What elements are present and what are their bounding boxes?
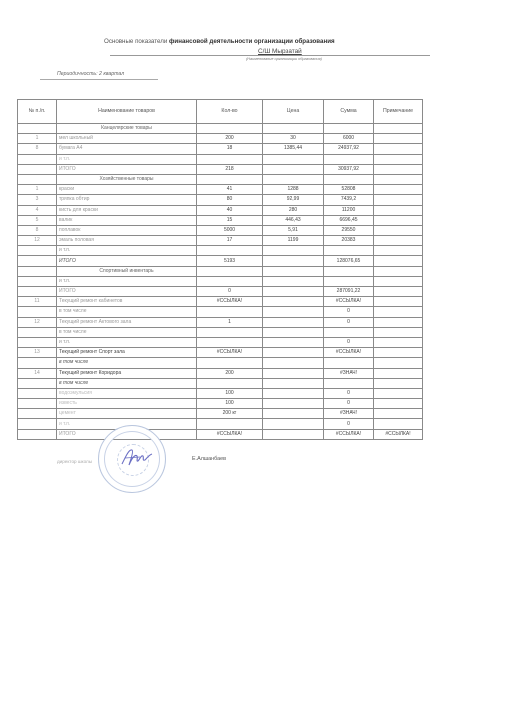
- period-underline: [40, 79, 158, 80]
- cell-note: [374, 317, 423, 327]
- cell-price: [263, 337, 324, 347]
- cell-qty: [197, 358, 263, 368]
- cell-note: [374, 195, 423, 205]
- cell-sum: [324, 358, 374, 368]
- cell-qty: 80: [197, 195, 263, 205]
- cell-num: [18, 246, 57, 256]
- cell-qty: [197, 307, 263, 317]
- cell-name: Текущий ремонт Коридора: [57, 368, 197, 378]
- cell-num: [18, 358, 57, 368]
- table-row: цемент200 кг#ЗНАЧ!: [18, 409, 423, 419]
- cell-sum: [324, 174, 374, 184]
- cell-price: [263, 317, 324, 327]
- table-row: ИТОГО5193128076,65: [18, 256, 423, 266]
- table-row: и т.п.: [18, 154, 423, 164]
- cell-price: 446,43: [263, 215, 324, 225]
- cell-qty: 18: [197, 144, 263, 154]
- cell-num: [18, 378, 57, 388]
- cell-sum: #ЗНАЧ!: [324, 368, 374, 378]
- cell-price: [263, 174, 324, 184]
- table-row: 4кисть для краски4028011200: [18, 205, 423, 215]
- table-header-row: № п./п. Наименование товаров Кол-во Цена…: [18, 100, 423, 124]
- cell-qty: [197, 378, 263, 388]
- cell-num: [18, 276, 57, 286]
- title-bold-text: финансовой деятельности организации обра…: [169, 38, 335, 45]
- cell-sum: #ССЫЛКА!: [324, 348, 374, 358]
- cell-price: 1199: [263, 236, 324, 246]
- cell-sum: 0: [324, 337, 374, 347]
- cell-note: [374, 144, 423, 154]
- section-row: Спортивный инвентарь: [18, 266, 423, 276]
- cell-num: [18, 266, 57, 276]
- cell-name: тряпка обтир: [57, 195, 197, 205]
- cell-name: эмаль половая: [57, 236, 197, 246]
- cell-name: и т.п.: [57, 154, 197, 164]
- table-row: 3тряпка обтир8092,997439,2: [18, 195, 423, 205]
- cell-price: [263, 307, 324, 317]
- table-row: в том числе: [18, 358, 423, 368]
- cell-price: [263, 429, 324, 439]
- cell-name: и т.п.: [57, 337, 197, 347]
- cell-qty: #ССЫЛКА!: [197, 348, 263, 358]
- cell-qty: 40: [197, 205, 263, 215]
- cell-num: 3: [18, 195, 57, 205]
- signer-name: Е.Алшанбаев: [192, 456, 226, 462]
- cell-price: [263, 256, 324, 266]
- cell-note: [374, 287, 423, 297]
- cell-num: [18, 154, 57, 164]
- cell-sum: [324, 266, 374, 276]
- cell-sum: 0: [324, 419, 374, 429]
- cell-name: в том числе: [57, 378, 197, 388]
- cell-name: валик: [57, 215, 197, 225]
- cell-price: [263, 327, 324, 337]
- cell-num: [18, 399, 57, 409]
- col-header-note: Примечание: [374, 100, 423, 124]
- cell-qty: [197, 124, 263, 134]
- cell-num: 12: [18, 317, 57, 327]
- cell-sum: 287091,22: [324, 287, 374, 297]
- title-text: Основные показатели: [104, 38, 169, 45]
- cell-qty: 41: [197, 185, 263, 195]
- cell-price: [263, 378, 324, 388]
- cell-sum: #ССЫЛКА!: [324, 297, 374, 307]
- table-row: 8бумага А4181385,4424937,92: [18, 144, 423, 154]
- cell-name: ИТОГО: [57, 164, 197, 174]
- cell-sum: [324, 246, 374, 256]
- cell-note: [374, 134, 423, 144]
- cell-qty: 5000: [197, 225, 263, 235]
- cell-note: [374, 225, 423, 235]
- cell-name: Текущий ремонт Спорт зала: [57, 348, 197, 358]
- cell-num: [18, 337, 57, 347]
- cell-qty: 17: [197, 236, 263, 246]
- cell-sum: 7439,2: [324, 195, 374, 205]
- cell-num: [18, 287, 57, 297]
- cell-qty: 5193: [197, 256, 263, 266]
- cell-price: [263, 154, 324, 164]
- table-row: ИТОГО0287091,22: [18, 287, 423, 297]
- cell-num: [18, 409, 57, 419]
- financial-table: № п./п. Наименование товаров Кол-во Цена…: [17, 99, 423, 440]
- cell-price: 280: [263, 205, 324, 215]
- cell-price: 30: [263, 134, 324, 144]
- cell-qty: 200: [197, 134, 263, 144]
- cell-qty: [197, 337, 263, 347]
- period-label: Периодичность: 2 квартал: [57, 71, 124, 77]
- cell-qty: #ССЫЛКА!: [197, 429, 263, 439]
- cell-num: 11: [18, 297, 57, 307]
- cell-name: краски: [57, 185, 197, 195]
- cell-name: поплавок: [57, 225, 197, 235]
- cell-sum: 6696,45: [324, 215, 374, 225]
- cell-sum: 0: [324, 307, 374, 317]
- director-label: директор школы: [57, 459, 92, 464]
- col-header-sum: Сумма: [324, 100, 374, 124]
- cell-qty: 1: [197, 317, 263, 327]
- cell-price: 5,91: [263, 225, 324, 235]
- table-row: 8поплавок50005,9129550: [18, 225, 423, 235]
- cell-qty: [197, 419, 263, 429]
- cell-note: [374, 205, 423, 215]
- cell-sum: 0: [324, 317, 374, 327]
- col-header-qty: Кол-во: [197, 100, 263, 124]
- cell-price: [263, 276, 324, 286]
- cell-name: Хозяйственные товары: [57, 174, 197, 184]
- cell-price: [263, 287, 324, 297]
- cell-name: водоэмульсия: [57, 388, 197, 398]
- cell-note: [374, 307, 423, 317]
- cell-price: [263, 124, 324, 134]
- cell-sum: 24937,92: [324, 144, 374, 154]
- table-row: 14Текущий ремонт Коридора200#ЗНАЧ!: [18, 368, 423, 378]
- table-row: в том числе0: [18, 307, 423, 317]
- table-row: 1мел школьный200306000: [18, 134, 423, 144]
- cell-num: 5: [18, 215, 57, 225]
- cell-note: [374, 185, 423, 195]
- cell-name: бумага А4: [57, 144, 197, 154]
- col-header-num: № п./п.: [18, 100, 57, 124]
- cell-name: Спортивный инвентарь: [57, 266, 197, 276]
- cell-num: 1: [18, 185, 57, 195]
- table-row: 12Текущий ремонт Актового зала10: [18, 317, 423, 327]
- cell-note: [374, 337, 423, 347]
- cell-note: [374, 348, 423, 358]
- cell-price: [263, 348, 324, 358]
- cell-sum: 20383: [324, 236, 374, 246]
- table-row: 11Текущий ремонт кабинетов#ССЫЛКА!#ССЫЛК…: [18, 297, 423, 307]
- cell-qty: 0: [197, 287, 263, 297]
- cell-note: [374, 174, 423, 184]
- table-row: 12эмаль половая17119920383: [18, 236, 423, 246]
- cell-qty: [197, 327, 263, 337]
- cell-num: 1: [18, 134, 57, 144]
- cell-num: [18, 429, 57, 439]
- cell-num: [18, 174, 57, 184]
- cell-sum: 0: [324, 399, 374, 409]
- cell-name: цемент: [57, 409, 197, 419]
- cell-name: известь: [57, 399, 197, 409]
- cell-note: [374, 327, 423, 337]
- cell-sum: 11200: [324, 205, 374, 215]
- table-row: и т.п.0: [18, 419, 423, 429]
- cell-qty: 100: [197, 399, 263, 409]
- table-row: известь1000: [18, 399, 423, 409]
- cell-qty: [197, 276, 263, 286]
- cell-num: [18, 256, 57, 266]
- cell-qty: #ССЫЛКА!: [197, 297, 263, 307]
- table-row: ИТОГО#ССЫЛКА!#ССЫЛКА!#ССЫЛКА!: [18, 429, 423, 439]
- cell-qty: 15: [197, 215, 263, 225]
- cell-name: кисть для краски: [57, 205, 197, 215]
- cell-qty: 200: [197, 368, 263, 378]
- cell-note: [374, 236, 423, 246]
- cell-qty: [197, 266, 263, 276]
- cell-num: [18, 419, 57, 429]
- cell-qty: 100: [197, 388, 263, 398]
- cell-num: [18, 327, 57, 337]
- cell-name: Канцелярские товары: [57, 124, 197, 134]
- cell-sum: 128076,65: [324, 256, 374, 266]
- cell-sum: [324, 276, 374, 286]
- cell-price: 1288: [263, 185, 324, 195]
- cell-price: [263, 419, 324, 429]
- cell-note: [374, 419, 423, 429]
- cell-note: [374, 368, 423, 378]
- cell-price: [263, 399, 324, 409]
- cell-name: мел школьный: [57, 134, 197, 144]
- cell-note: [374, 378, 423, 388]
- table-row: 5валик15446,436696,45: [18, 215, 423, 225]
- cell-sum: [324, 154, 374, 164]
- cell-sum: [324, 378, 374, 388]
- cell-note: #ССЫЛКА!: [374, 429, 423, 439]
- cell-note: [374, 358, 423, 368]
- cell-note: [374, 266, 423, 276]
- cell-note: [374, 164, 423, 174]
- cell-note: [374, 409, 423, 419]
- cell-note: [374, 256, 423, 266]
- table-row: 13Текущий ремонт Спорт зала#ССЫЛКА!#ССЫЛ…: [18, 348, 423, 358]
- cell-num: [18, 307, 57, 317]
- organization-caption: (Наименование организации образования): [246, 57, 322, 61]
- cell-sum: [324, 124, 374, 134]
- cell-note: [374, 215, 423, 225]
- cell-name: ИТОГО: [57, 256, 197, 266]
- cell-name: в том числе: [57, 327, 197, 337]
- section-row: Канцелярские товары: [18, 124, 423, 134]
- table-row: ИТОГО21830937,92: [18, 164, 423, 174]
- cell-sum: 30937,92: [324, 164, 374, 174]
- cell-price: [263, 358, 324, 368]
- cell-name: и т.п.: [57, 246, 197, 256]
- cell-qty: [197, 154, 263, 164]
- cell-num: 8: [18, 144, 57, 154]
- cell-num: 14: [18, 368, 57, 378]
- cell-sum: #ЗНАЧ!: [324, 409, 374, 419]
- table-body: Канцелярские товары1мел школьный20030600…: [18, 124, 423, 440]
- cell-note: [374, 124, 423, 134]
- cell-note: [374, 246, 423, 256]
- cell-name: Текущий ремонт кабинетов: [57, 297, 197, 307]
- cell-num: 8: [18, 225, 57, 235]
- cell-price: 1385,44: [263, 144, 324, 154]
- signature-icon: [120, 446, 154, 468]
- cell-price: [263, 368, 324, 378]
- cell-sum: 0: [324, 388, 374, 398]
- cell-qty: [197, 174, 263, 184]
- table-row: в том числе: [18, 378, 423, 388]
- cell-note: [374, 388, 423, 398]
- cell-note: [374, 276, 423, 286]
- cell-name: Текущий ремонт Актового зала: [57, 317, 197, 327]
- table-row: и т.п.: [18, 276, 423, 286]
- cell-price: [263, 246, 324, 256]
- document-title: Основные показатели финансовой деятельно…: [104, 38, 335, 45]
- cell-num: 4: [18, 205, 57, 215]
- table-row: и т.п.: [18, 246, 423, 256]
- organization-name: С/Ш Мырзатай: [258, 48, 302, 55]
- cell-name: в том числе: [57, 307, 197, 317]
- cell-name: и т.п.: [57, 276, 197, 286]
- cell-name: ИТОГО: [57, 287, 197, 297]
- table-row: 1краски41128852808: [18, 185, 423, 195]
- cell-num: 12: [18, 236, 57, 246]
- cell-sum: 29550: [324, 225, 374, 235]
- cell-num: [18, 124, 57, 134]
- cell-sum: 52808: [324, 185, 374, 195]
- cell-price: [263, 164, 324, 174]
- cell-price: 92,99: [263, 195, 324, 205]
- cell-price: [263, 297, 324, 307]
- cell-note: [374, 297, 423, 307]
- table-row: в том числе: [18, 327, 423, 337]
- cell-note: [374, 154, 423, 164]
- organization-underline: [110, 55, 430, 56]
- table-row: и т.п.0: [18, 337, 423, 347]
- cell-price: [263, 409, 324, 419]
- col-header-price: Цена: [263, 100, 324, 124]
- cell-sum: [324, 327, 374, 337]
- cell-qty: 200 кг: [197, 409, 263, 419]
- table-row: водоэмульсия1000: [18, 388, 423, 398]
- cell-qty: [197, 246, 263, 256]
- cell-num: [18, 388, 57, 398]
- col-header-name: Наименование товаров: [57, 100, 197, 124]
- cell-price: [263, 388, 324, 398]
- cell-name: в том числе: [57, 358, 197, 368]
- cell-sum: 6000: [324, 134, 374, 144]
- cell-note: [374, 399, 423, 409]
- cell-sum: #ССЫЛКА!: [324, 429, 374, 439]
- section-row: Хозяйственные товары: [18, 174, 423, 184]
- cell-price: [263, 266, 324, 276]
- cell-qty: 218: [197, 164, 263, 174]
- cell-num: 13: [18, 348, 57, 358]
- cell-num: [18, 164, 57, 174]
